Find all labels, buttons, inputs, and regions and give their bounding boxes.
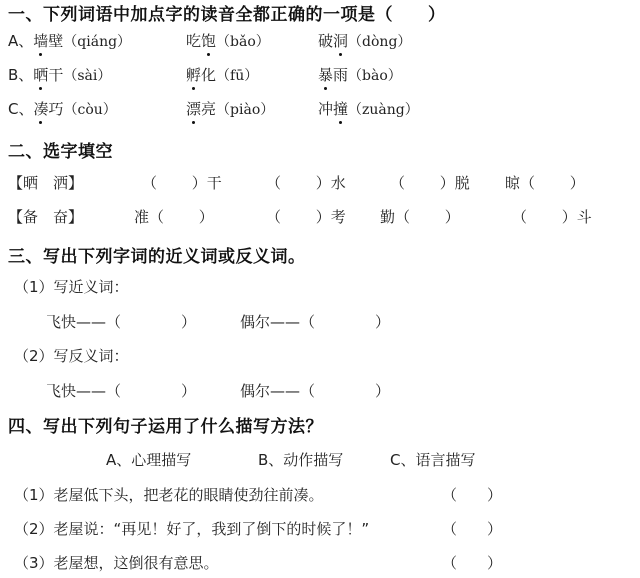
fill-blank[interactable]: （ ）斗 <box>512 206 592 227</box>
word-char: 巧 <box>49 100 64 118</box>
section3-title: 三、写出下列字词的近义词或反义词。 <box>8 242 306 267</box>
pinyin: （piào） <box>216 102 274 118</box>
synonym-label: （1）写近义词： <box>14 276 129 297</box>
fill-blank[interactable]: （ ）干 <box>142 172 222 193</box>
fill-blank[interactable]: 勤（ ） <box>380 206 460 227</box>
fill-blank[interactable]: 晾（ ） <box>505 172 585 193</box>
section2-title: 二、选字填空 <box>8 137 113 162</box>
word-char: 壁 <box>48 32 63 50</box>
dotted-char: 墙 <box>33 30 48 51</box>
option-b-word2: 孵化（fū） <box>186 64 258 85</box>
word-char: 吃 <box>186 32 201 50</box>
option-label: C、 <box>8 100 33 118</box>
sentence: （3）老屋想，这倒很有意思。 <box>14 552 219 573</box>
word-char: 雨 <box>333 66 348 84</box>
answer-blank[interactable]: （ ） <box>442 484 502 505</box>
method-option-c: C、语言描写 <box>390 449 475 470</box>
dotted-char: 洞 <box>333 30 348 51</box>
word-char: 破 <box>318 32 333 50</box>
option-c-row: C、凑巧（còu） <box>8 98 117 119</box>
option-b-row: B、晒干（sài） <box>8 64 111 85</box>
fill-blank[interactable]: （ ）考 <box>266 206 346 227</box>
section1-title: 一、下列词语中加点字的读音全都正确的一项是（ ） <box>8 0 446 25</box>
option-b-word3: 暴雨（bào） <box>318 64 402 85</box>
fill-blank[interactable]: 偶尔——（ ） <box>240 311 390 332</box>
pinyin: （zuàng） <box>348 102 419 118</box>
fill-blank[interactable]: （ ）脱 <box>390 172 470 193</box>
pinyin: （sài） <box>63 68 111 84</box>
option-label: A、 <box>8 32 33 50</box>
section4-title: 四、写出下列句子运用了什么描写方法？ <box>8 412 323 437</box>
dotted-char: 暴 <box>318 64 333 85</box>
dotted-char: 孵 <box>186 64 201 85</box>
option-a-row: A、墙壁（qiáng） <box>8 30 131 51</box>
fill-blank[interactable]: 飞快——（ ） <box>46 311 196 332</box>
dotted-char: 凑 <box>33 98 48 119</box>
fill-blank[interactable]: （ ）水 <box>266 172 346 193</box>
choice-label: 【备 奋】 <box>8 206 83 227</box>
method-option-a: A、心理描写 <box>106 449 191 470</box>
method-option-b: B、动作描写 <box>258 449 343 470</box>
word-char: 冲 <box>318 100 333 118</box>
fill-blank[interactable]: 准（ ） <box>134 206 214 227</box>
antonym-label: （2）写反义词： <box>14 345 129 366</box>
dotted-char: 漂 <box>186 98 201 119</box>
dotted-char: 撞 <box>333 98 348 119</box>
pinyin: （dòng） <box>348 34 411 50</box>
choice-label: 【晒 洒】 <box>8 172 83 193</box>
pinyin: （bǎo） <box>216 34 270 50</box>
pinyin: （còu） <box>64 102 117 118</box>
word-char: 干 <box>48 66 63 84</box>
word-char: 化 <box>201 66 216 84</box>
pinyin: （bào） <box>348 68 402 84</box>
pinyin: （qiáng） <box>63 34 131 50</box>
word-char: 亮 <box>201 100 216 118</box>
dotted-char: 晒 <box>33 64 48 85</box>
pinyin: （fū） <box>216 68 258 84</box>
option-a-word3: 破洞（dòng） <box>318 30 411 51</box>
option-label: B、 <box>8 66 33 84</box>
dotted-char: 饱 <box>201 30 216 51</box>
option-c-word2: 漂亮（piào） <box>186 98 274 119</box>
fill-blank[interactable]: 飞快——（ ） <box>46 380 196 401</box>
option-c-word3: 冲撞（zuàng） <box>318 98 419 119</box>
option-a-word2: 吃饱（bǎo） <box>186 30 270 51</box>
answer-blank[interactable]: （ ） <box>442 518 502 539</box>
fill-blank[interactable]: 偶尔——（ ） <box>240 380 390 401</box>
sentence: （1）老屋低下头，把老花的眼睛使劲往前凑。 <box>14 484 324 505</box>
sentence: （2）老屋说：“再见！好了，我到了倒下的时候了！” <box>14 518 369 539</box>
answer-blank[interactable]: （ ） <box>442 552 502 573</box>
